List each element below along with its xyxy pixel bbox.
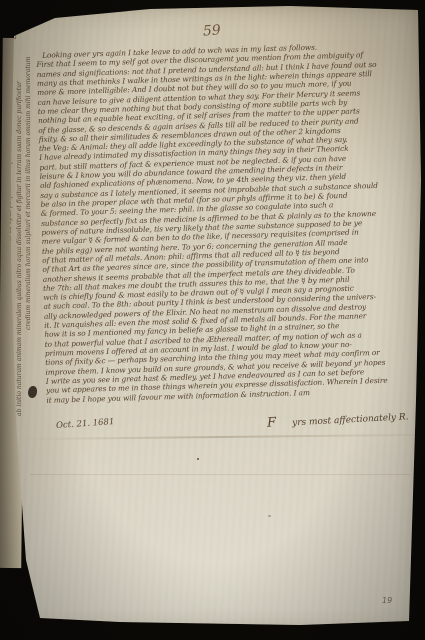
paper-crease <box>20 434 416 440</box>
pencil-foliation: 19 <box>382 596 392 605</box>
signature-line: Fyrs most affectionately R. <box>267 408 409 430</box>
signature-text: yrs most affectionately R. <box>292 412 409 428</box>
page-number: 59 <box>202 22 221 39</box>
letter-date: Oct. 21. 1681 <box>56 417 115 431</box>
margin-note-middle: ab initio naturam animam mineralem quibu… <box>16 81 23 416</box>
ink-blot <box>28 386 37 398</box>
ink-speck <box>268 515 271 517</box>
photo-stage: 5r 59 solem per speculum reflectentem ma… <box>0 0 425 640</box>
margin-note-inner: credium mineralium horum sulphuri et mer… <box>25 57 32 330</box>
manuscript-page: 5r 59 solem per speculum reflectentem ma… <box>0 0 425 640</box>
signature-flourish: F <box>267 415 277 430</box>
paper-crease <box>30 474 410 475</box>
ink-speck <box>197 458 199 460</box>
letter-body: Looking over yrs again I take leave to a… <box>36 40 425 405</box>
